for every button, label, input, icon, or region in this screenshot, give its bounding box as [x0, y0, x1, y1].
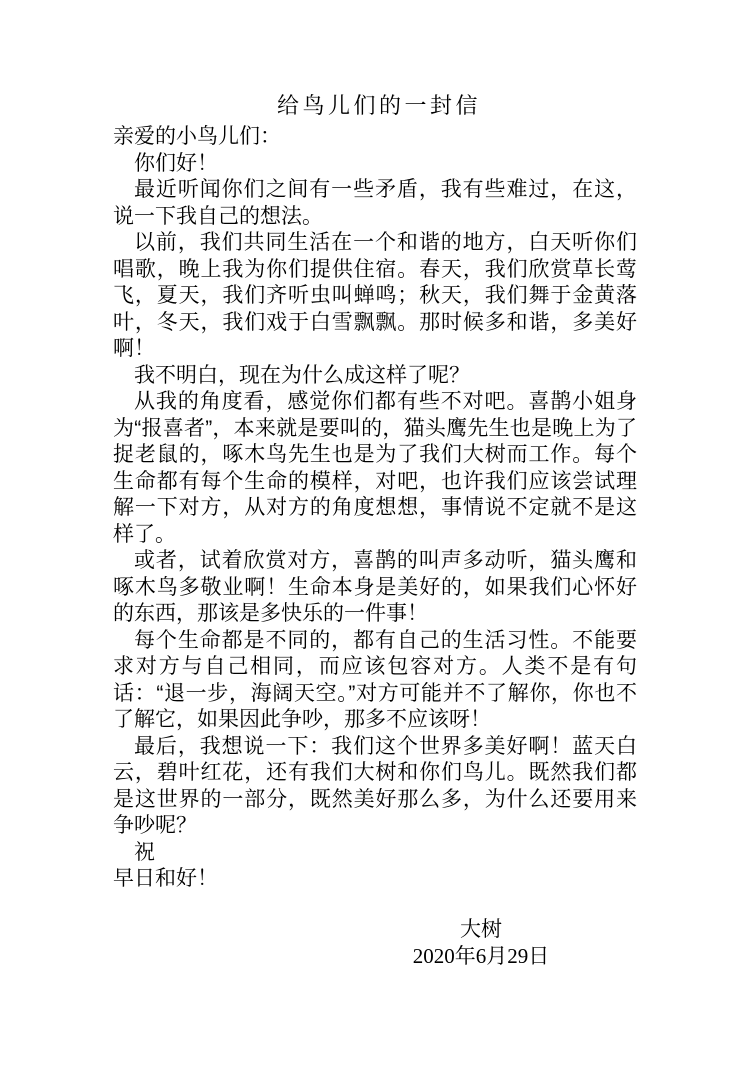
letter-paragraph: 你们好！ — [113, 151, 637, 178]
letter-paragraph: 我不明白，现在为什么成这样了呢？ — [113, 363, 637, 390]
letter-paragraph: 最近听闻你们之间有一些矛盾，我有些难过，在这，说一下我自己的想法。 — [113, 177, 637, 230]
letter-content: 给鸟儿们的一封信 亲爱的小鸟儿们： 你们好！ 最近听闻你们之间有一些矛盾，我有些… — [113, 92, 637, 893]
letter-paragraph: 或者，试着欣赏对方，喜鹊的叫声多动听，猫头鹰和啄木鸟多敬业啊！生命本身是美好的，… — [113, 548, 637, 628]
letter-page: 给鸟儿们的一封信 亲爱的小鸟儿们： 你们好！ 最近听闻你们之间有一些矛盾，我有些… — [0, 0, 750, 1091]
signature-block: 大树 2020年6月29日 — [331, 916, 631, 970]
letter-paragraph: 从我的角度看，感觉你们都有些不对吧。喜鹊小姐身为“报喜者”，本来就是要叫的，猫头… — [113, 389, 637, 548]
letter-title: 给鸟儿们的一封信 — [113, 92, 637, 119]
letter-paragraph: 每个生命都是不同的，都有自己的生活习性。不能要求对方与自己相同，而应该包容对方。… — [113, 628, 637, 734]
letter-wish-line: 早日和好！ — [113, 866, 637, 893]
letter-body: 亲爱的小鸟儿们： 你们好！ 最近听闻你们之间有一些矛盾，我有些难过，在这，说一下… — [113, 124, 637, 893]
letter-salutation: 亲爱的小鸟儿们： — [113, 124, 637, 151]
letter-wish-prefix: 祝 — [113, 840, 637, 867]
signature-name: 大树 — [331, 916, 631, 943]
letter-paragraph: 最后，我想说一下：我们这个世界多美好啊！蓝天白云，碧叶红花，还有我们大树和你们鸟… — [113, 734, 637, 840]
signature-date: 2020年6月29日 — [331, 943, 631, 970]
letter-paragraph: 以前，我们共同生活在一个和谐的地方，白天听你们唱歌，晚上我为你们提供住宿。春天，… — [113, 230, 637, 363]
